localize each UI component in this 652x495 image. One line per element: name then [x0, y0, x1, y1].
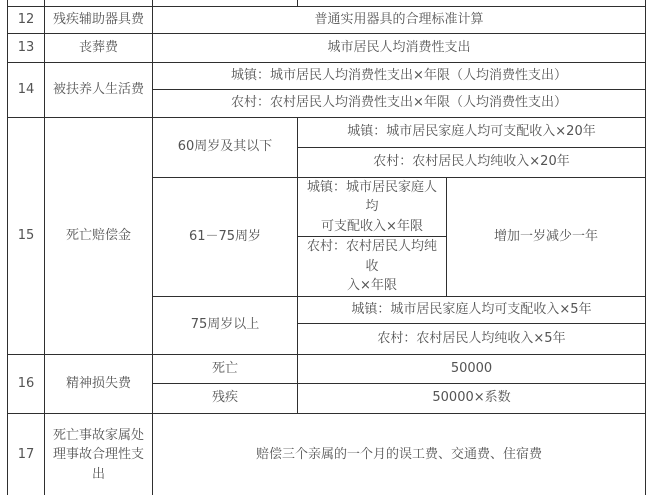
row15-number: 15 — [8, 117, 45, 354]
row15-age2-label: 61－75周岁 — [153, 177, 298, 296]
row13-item-name: 丧葬费 — [45, 33, 153, 62]
row15-age1-rural-standard: 农村：农村居民人均纯收入×20年 — [298, 147, 646, 177]
row16-disability-value: 50000×系数 — [298, 383, 646, 413]
table-row-16-death: 16 精神损失费 死亡 50000 — [8, 354, 646, 383]
table-row-14-urban: 14 被扶养人生活费 城镇：城市居民人均消费性支出×年限（人均消费性支出） — [8, 62, 646, 89]
row13-number: 13 — [8, 33, 45, 62]
row16-disability-label: 残疾 — [153, 383, 298, 413]
row14-item-name: 被扶养人生活费 — [45, 62, 153, 117]
row15-age3-label: 75周岁以上 — [153, 296, 298, 354]
page: 12 残疾辅助器具费 普通实用器具的合理标准计算 13 丧葬费 城市居民人均消费… — [0, 0, 652, 495]
row15-age3-rural-standard: 农村：农村居民人均纯收入×5年 — [298, 323, 646, 354]
compensation-standards-table: 12 残疾辅助器具费 普通实用器具的合理标准计算 13 丧葬费 城市居民人均消费… — [7, 0, 646, 495]
table-row-15-age1-urban: 15 死亡赔偿金 60周岁及其以下 城镇：城市居民家庭人均可支配收入×20年 — [8, 117, 646, 147]
row13-standard: 城市居民人均消费性支出 — [153, 33, 646, 62]
row12-standard: 普通实用器具的合理标准计算 — [153, 6, 646, 33]
row15-item-name: 死亡赔偿金 — [45, 117, 153, 354]
row17-number: 17 — [8, 413, 45, 495]
row14-rural-standard: 农村：农村居民人均消费性支出×年限（人均消费性支出） — [153, 89, 646, 117]
row15-age1-urban-standard: 城镇：城市居民家庭人均可支配收入×20年 — [298, 117, 646, 147]
row16-death-value: 50000 — [298, 354, 646, 383]
table-row-13: 13 丧葬费 城市居民人均消费性支出 — [8, 33, 646, 62]
row15-age2-urban-standard: 城镇：城市居民家庭人均 可支配收入×年限 — [298, 177, 447, 237]
row14-urban-standard: 城镇：城市居民人均消费性支出×年限（人均消费性支出） — [153, 62, 646, 89]
row17-standard: 赔偿三个亲属的一个月的误工费、交通费、住宿费 — [153, 413, 646, 495]
row12-item-name: 残疾辅助器具费 — [45, 6, 153, 33]
row15-age2-rural-standard: 农村：农村居民人均纯收 入×年限 — [298, 237, 447, 297]
table-row-12: 12 残疾辅助器具费 普通实用器具的合理标准计算 — [8, 6, 646, 33]
row15-age2-note: 增加一岁减少一年 — [447, 177, 646, 296]
row14-number: 14 — [8, 62, 45, 117]
row16-number: 16 — [8, 354, 45, 413]
row17-item-name: 死亡事故家属处 理事故合理性支 出 — [45, 413, 153, 495]
row16-death-label: 死亡 — [153, 354, 298, 383]
table-row-17: 17 死亡事故家属处 理事故合理性支 出 赔偿三个亲属的一个月的误工费、交通费、… — [8, 413, 646, 495]
row15-age3-urban-standard: 城镇：城市居民家庭人均可支配收入×5年 — [298, 296, 646, 323]
row16-item-name: 精神损失费 — [45, 354, 153, 413]
row15-age1-label: 60周岁及其以下 — [153, 117, 298, 177]
row12-number: 12 — [8, 6, 45, 33]
